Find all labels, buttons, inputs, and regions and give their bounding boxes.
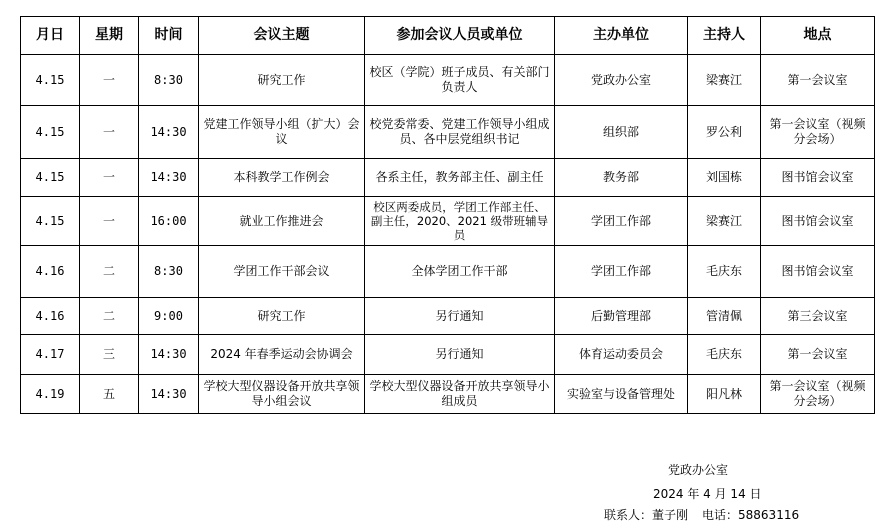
cell-date: 4.15 [21,106,80,159]
cell-location: 第一会议室 [761,335,875,375]
issue-date: 2024 年 4 月 14 日 [653,487,762,502]
column-header-location: 地点 [761,17,875,55]
cell-location: 第一会议室（视频分会场） [761,375,875,414]
table-row: 4.19 五 14:30 学校大型仪器设备开放共享领导小组会议 学校大型仪器设备… [21,375,875,414]
contact-person: 联系人：董子刚 [604,508,688,522]
cell-date: 4.17 [21,335,80,375]
cell-weekday: 三 [80,335,139,375]
cell-topic: 研究工作 [199,298,365,335]
cell-weekday: 一 [80,55,139,106]
column-header-weekday: 星期 [80,17,139,55]
cell-chair: 毛庆东 [688,246,761,298]
cell-chair: 罗公利 [688,106,761,159]
cell-location: 第三会议室 [761,298,875,335]
cell-time: 14:30 [139,375,199,414]
column-header-attendees: 参加会议人员或单位 [365,17,555,55]
cell-topic: 2024 年春季运动会协调会 [199,335,365,375]
cell-date: 4.16 [21,298,80,335]
cell-host-unit: 学团工作部 [555,197,688,246]
cell-chair: 梁赛江 [688,197,761,246]
contact-line: 联系人：董子刚电话：58863116 [604,508,799,523]
contact-phone: 电话：58863116 [702,508,799,522]
table-row: 4.15 一 14:30 本科教学工作例会 各系主任，教务部主任、副主任 教务部… [21,159,875,197]
cell-weekday: 二 [80,298,139,335]
column-header-topic: 会议主题 [199,17,365,55]
cell-weekday: 五 [80,375,139,414]
table-row: 4.17 三 14:30 2024 年春季运动会协调会 另行通知 体育运动委员会… [21,335,875,375]
meeting-schedule-table: 月日 星期 时间 会议主题 参加会议人员或单位 主办单位 主持人 地点 4.15… [20,16,875,414]
cell-chair: 梁赛江 [688,55,761,106]
cell-host-unit: 组织部 [555,106,688,159]
cell-topic: 学团工作干部会议 [199,246,365,298]
cell-attendees: 另行通知 [365,298,555,335]
table-row: 4.16 二 8:30 学团工作干部会议 全体学团工作干部 学团工作部 毛庆东 … [21,246,875,298]
cell-weekday: 一 [80,106,139,159]
cell-chair: 毛庆东 [688,335,761,375]
cell-time: 9:00 [139,298,199,335]
table-row: 4.15 一 14:30 党建工作领导小组（扩大）会议 校党委常委、党建工作领导… [21,106,875,159]
cell-location: 第一会议室（视频分会场） [761,106,875,159]
cell-time: 14:30 [139,106,199,159]
cell-date: 4.15 [21,159,80,197]
table-row: 4.15 一 8:30 研究工作 校区（学院）班子成员、有关部门负责人 党政办公… [21,55,875,106]
cell-chair: 阳凡林 [688,375,761,414]
column-header-time: 时间 [139,17,199,55]
cell-host-unit: 教务部 [555,159,688,197]
cell-attendees: 校党委常委、党建工作领导小组成员、各中层党组织书记 [365,106,555,159]
cell-topic: 本科教学工作例会 [199,159,365,197]
table-row: 4.15 一 16:00 就业工作推进会 校区两委成员，学团工作部主任、副主任，… [21,197,875,246]
cell-attendees: 学校大型仪器设备开放共享领导小组成员 [365,375,555,414]
cell-weekday: 二 [80,246,139,298]
cell-weekday: 一 [80,159,139,197]
issuing-organization: 党政办公室 [668,463,728,478]
cell-topic: 就业工作推进会 [199,197,365,246]
cell-weekday: 一 [80,197,139,246]
cell-date: 4.16 [21,246,80,298]
cell-time: 14:30 [139,335,199,375]
cell-time: 8:30 [139,246,199,298]
column-header-chair: 主持人 [688,17,761,55]
cell-time: 14:30 [139,159,199,197]
cell-host-unit: 体育运动委员会 [555,335,688,375]
cell-host-unit: 党政办公室 [555,55,688,106]
column-header-host-unit: 主办单位 [555,17,688,55]
cell-topic: 研究工作 [199,55,365,106]
cell-chair: 刘国栋 [688,159,761,197]
cell-time: 16:00 [139,197,199,246]
cell-location: 图书馆会议室 [761,197,875,246]
cell-chair: 管清佩 [688,298,761,335]
cell-date: 4.19 [21,375,80,414]
cell-location: 图书馆会议室 [761,246,875,298]
cell-attendees: 校区（学院）班子成员、有关部门负责人 [365,55,555,106]
cell-time: 8:30 [139,55,199,106]
cell-topic: 学校大型仪器设备开放共享领导小组会议 [199,375,365,414]
cell-attendees: 另行通知 [365,335,555,375]
cell-attendees: 校区两委成员，学团工作部主任、副主任，2020、2021 级带班辅导员 [365,197,555,246]
cell-host-unit: 学团工作部 [555,246,688,298]
cell-location: 图书馆会议室 [761,159,875,197]
cell-host-unit: 实验室与设备管理处 [555,375,688,414]
cell-date: 4.15 [21,55,80,106]
cell-attendees: 各系主任，教务部主任、副主任 [365,159,555,197]
table-row: 4.16 二 9:00 研究工作 另行通知 后勤管理部 管清佩 第三会议室 [21,298,875,335]
column-header-date: 月日 [21,17,80,55]
cell-topic: 党建工作领导小组（扩大）会议 [199,106,365,159]
table-header-row: 月日 星期 时间 会议主题 参加会议人员或单位 主办单位 主持人 地点 [21,17,875,55]
cell-host-unit: 后勤管理部 [555,298,688,335]
cell-location: 第一会议室 [761,55,875,106]
cell-date: 4.15 [21,197,80,246]
cell-attendees: 全体学团工作干部 [365,246,555,298]
